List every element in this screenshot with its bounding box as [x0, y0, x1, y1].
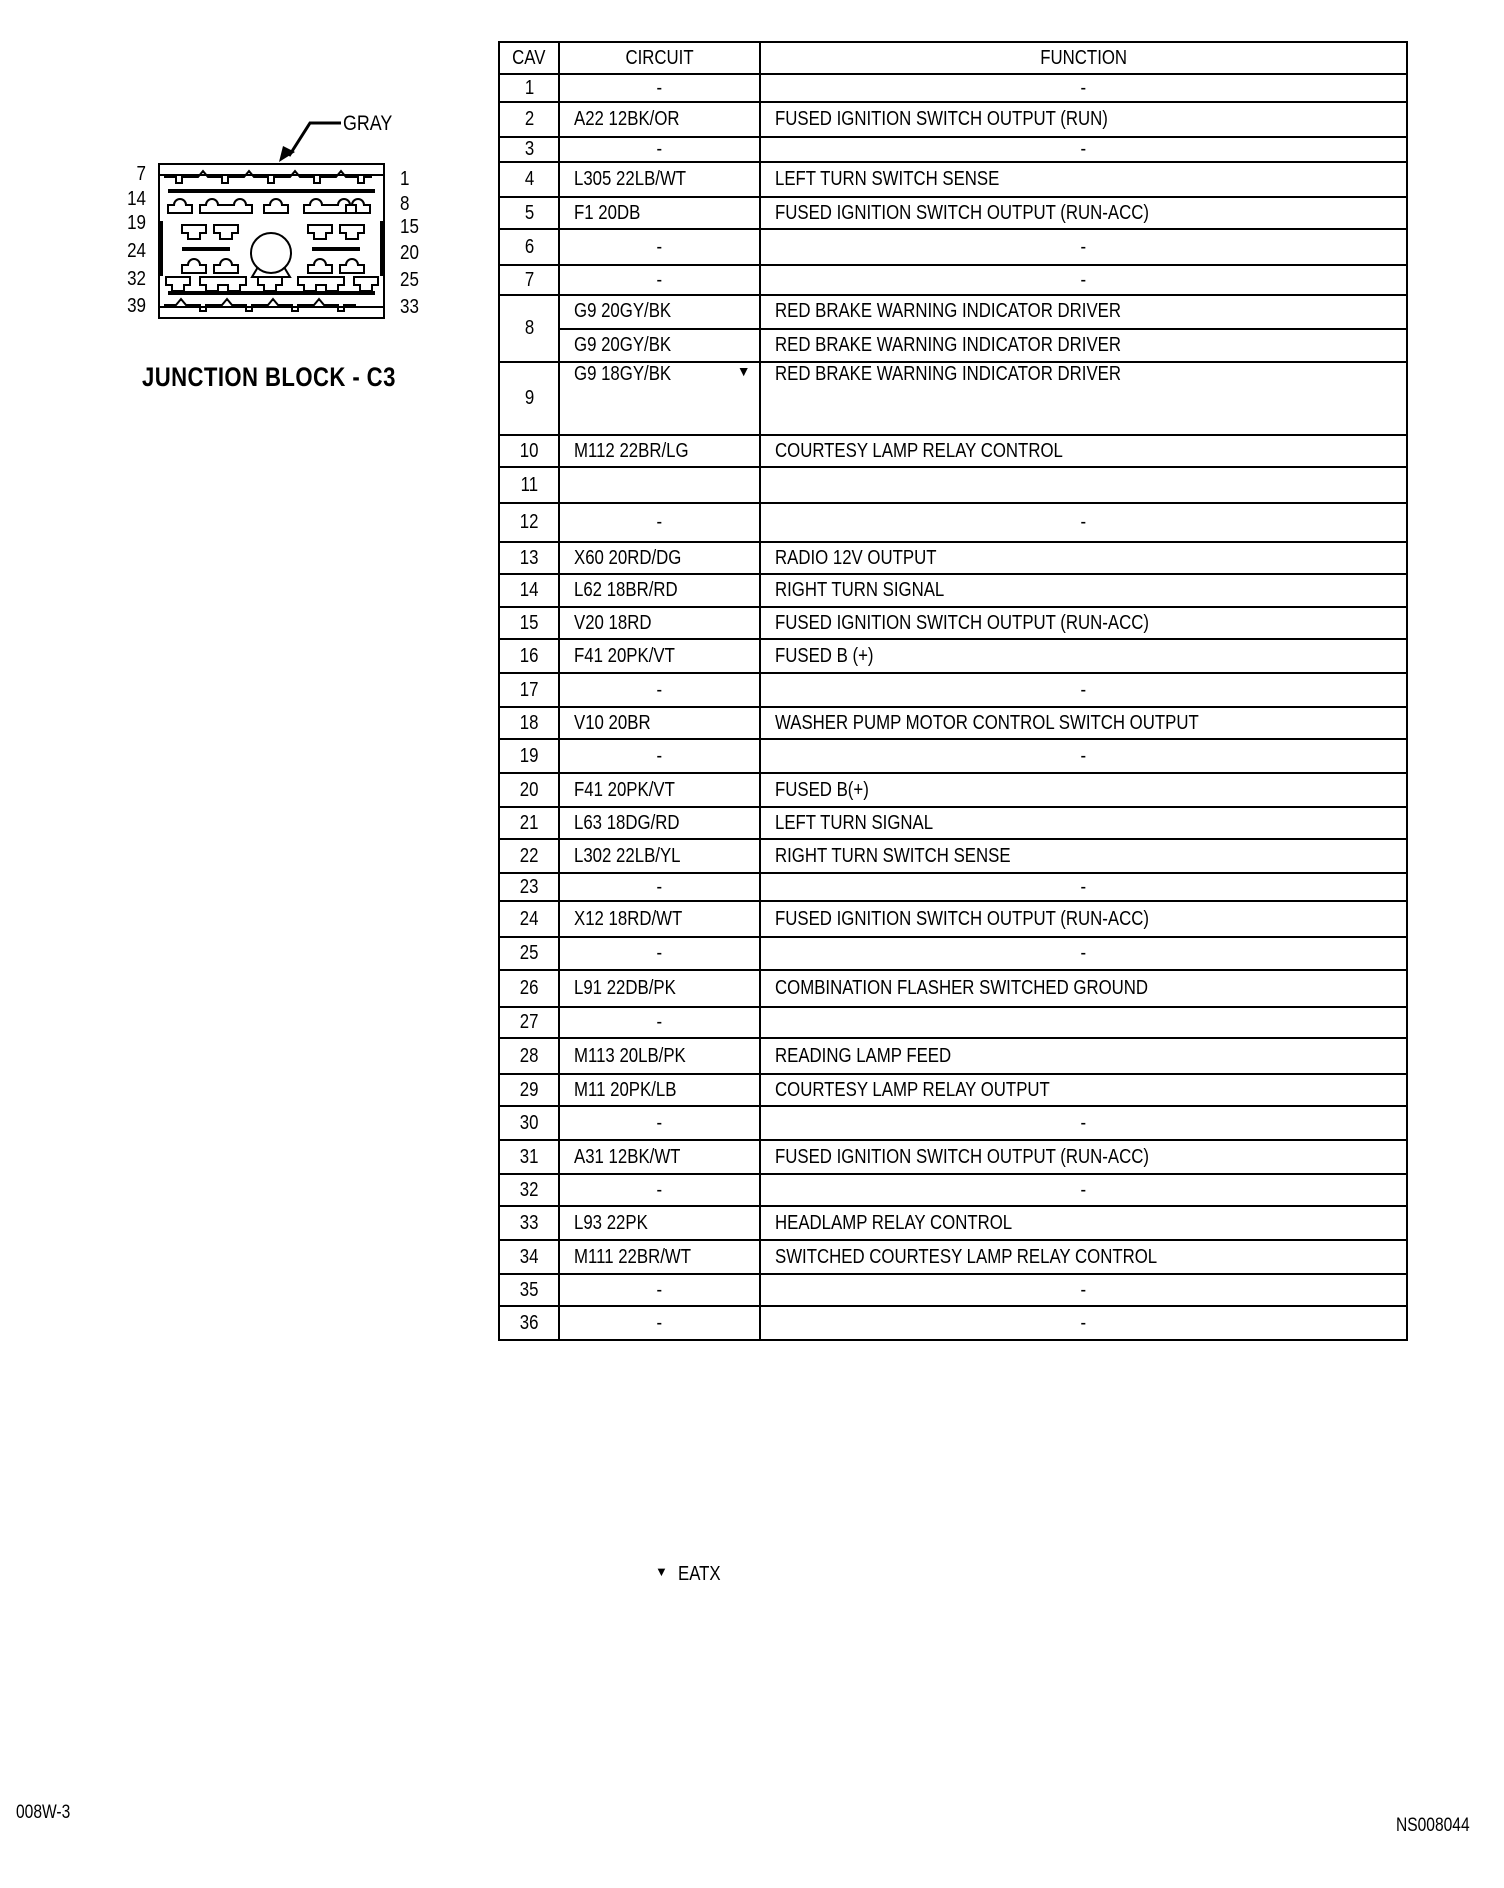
table-row: 26L91 22DB/PKCOMBINATION FLASHER SWITCHE…	[499, 970, 1407, 1007]
pin-label: 20	[400, 242, 426, 265]
cav-cell: 36	[499, 1306, 559, 1340]
table-row: 17--	[499, 673, 1407, 707]
function-cell: READING LAMP FEED	[760, 1038, 1407, 1074]
cav-cell: 1	[499, 74, 559, 102]
cav-cell: 30	[499, 1106, 559, 1140]
circuit-cell: V10 20BR	[559, 707, 759, 739]
cav-cell: 24	[499, 901, 559, 937]
table-row: 18V10 20BRWASHER PUMP MOTOR CONTROL SWIT…	[499, 707, 1407, 739]
function-cell: LEFT TURN SWITCH SENSE	[760, 162, 1407, 197]
table-row: G9 20GY/BKRED BRAKE WARNING INDICATOR DR…	[499, 329, 1407, 363]
table-row: 20F41 20PK/VTFUSED B(+)	[499, 773, 1407, 807]
function-cell: -	[760, 265, 1407, 295]
cav-cell: 25	[499, 937, 559, 970]
function-cell: -	[760, 74, 1407, 102]
circuit-cell: M113 20LB/PK	[559, 1038, 759, 1074]
cav-cell: 5	[499, 197, 559, 229]
triangle-marker-icon: ▼	[737, 363, 751, 379]
function-cell	[760, 1007, 1407, 1038]
pin-label: 7	[121, 163, 147, 186]
function-cell: RED BRAKE WARNING INDICATOR DRIVER	[760, 329, 1407, 363]
circuit-cell: L305 22LB/WT	[559, 162, 759, 197]
table-row: 11	[499, 467, 1407, 503]
circuit-cell: L62 18BR/RD	[559, 574, 759, 607]
circuit-cell: -	[559, 229, 759, 265]
circuit-cell: -	[559, 1306, 759, 1340]
cav-cell: 18	[499, 707, 559, 739]
cav-cell: 11	[499, 467, 559, 503]
circuit-cell: -	[559, 265, 759, 295]
table-row: 6--	[499, 229, 1407, 265]
circuit-cell: -	[559, 673, 759, 707]
table-row: 4L305 22LB/WTLEFT TURN SWITCH SENSE	[499, 162, 1407, 197]
cav-cell: 23	[499, 873, 559, 901]
cav-cell: 33	[499, 1206, 559, 1240]
cav-cell: 35	[499, 1274, 559, 1306]
cav-cell: 13	[499, 542, 559, 574]
circuit-cell: X12 18RD/WT	[559, 901, 759, 937]
pin-label: 14	[121, 188, 147, 211]
table-header-row: CAV CIRCUIT FUNCTION	[499, 42, 1407, 74]
cav-cell: 9	[499, 362, 559, 435]
circuit-cell: L91 22DB/PK	[559, 970, 759, 1007]
table-row: 7--	[499, 265, 1407, 295]
function-cell: -	[760, 673, 1407, 707]
table-row: 32--	[499, 1174, 1407, 1206]
leader-arrow-icon	[265, 118, 345, 168]
function-cell: -	[760, 739, 1407, 773]
legend-text: EATX	[678, 1563, 721, 1586]
cav-cell: 6	[499, 229, 559, 265]
table-row: 1--	[499, 74, 1407, 102]
function-cell: COMBINATION FLASHER SWITCHED GROUND	[760, 970, 1407, 1007]
circuit-cell: M111 22BR/WT	[559, 1240, 759, 1274]
circuit-cell: F41 20PK/VT	[559, 773, 759, 807]
pin-label: 39	[121, 295, 147, 318]
table-body: 1--2A22 12BK/ORFUSED IGNITION SWITCH OUT…	[499, 74, 1407, 1340]
function-cell: RED BRAKE WARNING INDICATOR DRIVER	[760, 295, 1407, 329]
cav-cell: 31	[499, 1140, 559, 1174]
pin-label: 32	[121, 268, 147, 291]
circuit-cell: X60 20RD/DG	[559, 542, 759, 574]
function-cell: -	[760, 937, 1407, 970]
circuit-cell: L93 22PK	[559, 1206, 759, 1240]
table-row: 21L63 18DG/RDLEFT TURN SIGNAL	[499, 807, 1407, 839]
function-cell: -	[760, 137, 1407, 162]
pin-label: 1	[400, 168, 426, 191]
function-cell: -	[760, 503, 1407, 542]
pin-label: 8	[400, 193, 426, 216]
function-cell: RED BRAKE WARNING INDICATOR DRIVER	[760, 362, 1407, 435]
circuit-cell	[559, 467, 759, 503]
function-cell: WASHER PUMP MOTOR CONTROL SWITCH OUTPUT	[760, 707, 1407, 739]
table-row: 9G9 18GY/BK▼RED BRAKE WARNING INDICATOR …	[499, 362, 1407, 435]
cav-cell: 17	[499, 673, 559, 707]
circuit-cell: L63 18DG/RD	[559, 807, 759, 839]
function-cell: FUSED IGNITION SWITCH OUTPUT (RUN-ACC)	[760, 607, 1407, 639]
cav-cell: 26	[499, 970, 559, 1007]
table-row: 22L302 22LB/YLRIGHT TURN SWITCH SENSE	[499, 839, 1407, 873]
table-row: 34M111 22BR/WTSWITCHED COURTESY LAMP REL…	[499, 1240, 1407, 1274]
cav-cell: 15	[499, 607, 559, 639]
table-row: 3--	[499, 137, 1407, 162]
table-row: 24X12 18RD/WTFUSED IGNITION SWITCH OUTPU…	[499, 901, 1407, 937]
triangle-marker-icon: ▼	[655, 1564, 668, 1579]
circuit-cell: V20 18RD	[559, 607, 759, 639]
function-cell: FUSED IGNITION SWITCH OUTPUT (RUN)	[760, 102, 1407, 137]
function-cell: FUSED IGNITION SWITCH OUTPUT (RUN-ACC)	[760, 197, 1407, 229]
function-cell: -	[760, 1306, 1407, 1340]
table-row: 14L62 18BR/RDRIGHT TURN SIGNAL	[499, 574, 1407, 607]
table-row: 25--	[499, 937, 1407, 970]
cav-cell: 34	[499, 1240, 559, 1274]
function-cell: COURTESY LAMP RELAY CONTROL	[760, 435, 1407, 467]
cav-cell: 19	[499, 739, 559, 773]
circuit-cell: M112 22BR/LG	[559, 435, 759, 467]
figure-code: NS008044	[1396, 1815, 1470, 1837]
header-function: FUNCTION	[760, 42, 1407, 74]
table-row: 10M112 22BR/LGCOURTESY LAMP RELAY CONTRO…	[499, 435, 1407, 467]
pin-label: 25	[400, 269, 426, 292]
cav-cell: 2	[499, 102, 559, 137]
function-cell: -	[760, 873, 1407, 901]
pin-label: 33	[400, 296, 426, 319]
function-cell: HEADLAMP RELAY CONTROL	[760, 1206, 1407, 1240]
cav-cell: 8	[499, 295, 559, 362]
circuit-cell: F1 20DB	[559, 197, 759, 229]
table-row: 31A31 12BK/WTFUSED IGNITION SWITCH OUTPU…	[499, 1140, 1407, 1174]
table-row: 30--	[499, 1106, 1407, 1140]
circuit-cell: -	[559, 137, 759, 162]
cav-cell: 32	[499, 1174, 559, 1206]
table-row: 27-	[499, 1007, 1407, 1038]
cav-cell: 7	[499, 265, 559, 295]
circuit-cell: -	[559, 74, 759, 102]
table-row: 8G9 20GY/BKRED BRAKE WARNING INDICATOR D…	[499, 295, 1407, 329]
cav-cell: 4	[499, 162, 559, 197]
circuit-cell: G9 18GY/BK▼	[559, 362, 759, 435]
function-cell: FUSED IGNITION SWITCH OUTPUT (RUN-ACC)	[760, 1140, 1407, 1174]
circuit-cell: G9 20GY/BK	[559, 329, 759, 363]
pin-label: 19	[121, 212, 147, 235]
function-cell: FUSED B(+)	[760, 773, 1407, 807]
connector-face-diagram	[158, 163, 386, 320]
cav-cell: 12	[499, 503, 559, 542]
function-cell: SWITCHED COURTESY LAMP RELAY CONTROL	[760, 1240, 1407, 1274]
table-row: 36--	[499, 1306, 1407, 1340]
cav-cell: 21	[499, 807, 559, 839]
circuit-cell: -	[559, 1174, 759, 1206]
cav-cell: 3	[499, 137, 559, 162]
page-code: 008W-3	[16, 1802, 70, 1824]
connector-title: JUNCTION BLOCK - C3	[142, 362, 396, 393]
function-cell: COURTESY LAMP RELAY OUTPUT	[760, 1074, 1407, 1106]
circuit-cell: A22 12BK/OR	[559, 102, 759, 137]
function-cell	[760, 467, 1407, 503]
header-cav: CAV	[499, 42, 559, 74]
legend: ▼EATX	[655, 1563, 729, 1586]
function-cell: -	[760, 229, 1407, 265]
table-row: 35--	[499, 1274, 1407, 1306]
table-row: 19--	[499, 739, 1407, 773]
cav-cell: 22	[499, 839, 559, 873]
pinout-table: CAV CIRCUIT FUNCTION 1--2A22 12BK/ORFUSE…	[498, 41, 1408, 1341]
table-row: 5F1 20DBFUSED IGNITION SWITCH OUTPUT (RU…	[499, 197, 1407, 229]
function-cell: FUSED IGNITION SWITCH OUTPUT (RUN-ACC)	[760, 901, 1407, 937]
table-row: 33L93 22PKHEADLAMP RELAY CONTROL	[499, 1206, 1407, 1240]
circuit-cell: -	[559, 873, 759, 901]
circuit-cell: M11 20PK/LB	[559, 1074, 759, 1106]
circuit-cell: -	[559, 1274, 759, 1306]
cav-cell: 29	[499, 1074, 559, 1106]
cav-cell: 16	[499, 639, 559, 673]
circuit-cell: -	[559, 1106, 759, 1140]
circuit-cell: -	[559, 739, 759, 773]
pin-label: 24	[121, 240, 147, 263]
function-cell: RIGHT TURN SWITCH SENSE	[760, 839, 1407, 873]
circuit-cell: -	[559, 1007, 759, 1038]
function-cell: -	[760, 1174, 1407, 1206]
circuit-cell: G9 20GY/BK	[559, 295, 759, 329]
circuit-cell: F41 20PK/VT	[559, 639, 759, 673]
cav-cell: 14	[499, 574, 559, 607]
function-cell: LEFT TURN SIGNAL	[760, 807, 1407, 839]
table-row: 28M113 20LB/PKREADING LAMP FEED	[499, 1038, 1407, 1074]
circuit-cell: A31 12BK/WT	[559, 1140, 759, 1174]
function-cell: RADIO 12V OUTPUT	[760, 542, 1407, 574]
function-cell: -	[760, 1274, 1407, 1306]
table-row: 13X60 20RD/DGRADIO 12V OUTPUT	[499, 542, 1407, 574]
table-row: 29M11 20PK/LBCOURTESY LAMP RELAY OUTPUT	[499, 1074, 1407, 1106]
table-row: 23--	[499, 873, 1407, 901]
pin-label: 15	[400, 216, 426, 239]
table-row: 2A22 12BK/ORFUSED IGNITION SWITCH OUTPUT…	[499, 102, 1407, 137]
table-row: 16F41 20PK/VTFUSED B (+)	[499, 639, 1407, 673]
function-cell: -	[760, 1106, 1407, 1140]
table-row: 12--	[499, 503, 1407, 542]
connector-color-label: GRAY	[343, 112, 392, 136]
function-cell: FUSED B (+)	[760, 639, 1407, 673]
circuit-cell: -	[559, 503, 759, 542]
cav-cell: 20	[499, 773, 559, 807]
function-cell: RIGHT TURN SIGNAL	[760, 574, 1407, 607]
table-row: 15V20 18RDFUSED IGNITION SWITCH OUTPUT (…	[499, 607, 1407, 639]
header-circuit: CIRCUIT	[559, 42, 759, 74]
circuit-cell: -	[559, 937, 759, 970]
cav-cell: 28	[499, 1038, 559, 1074]
cav-cell: 10	[499, 435, 559, 467]
circuit-cell: L302 22LB/YL	[559, 839, 759, 873]
cav-cell: 27	[499, 1007, 559, 1038]
